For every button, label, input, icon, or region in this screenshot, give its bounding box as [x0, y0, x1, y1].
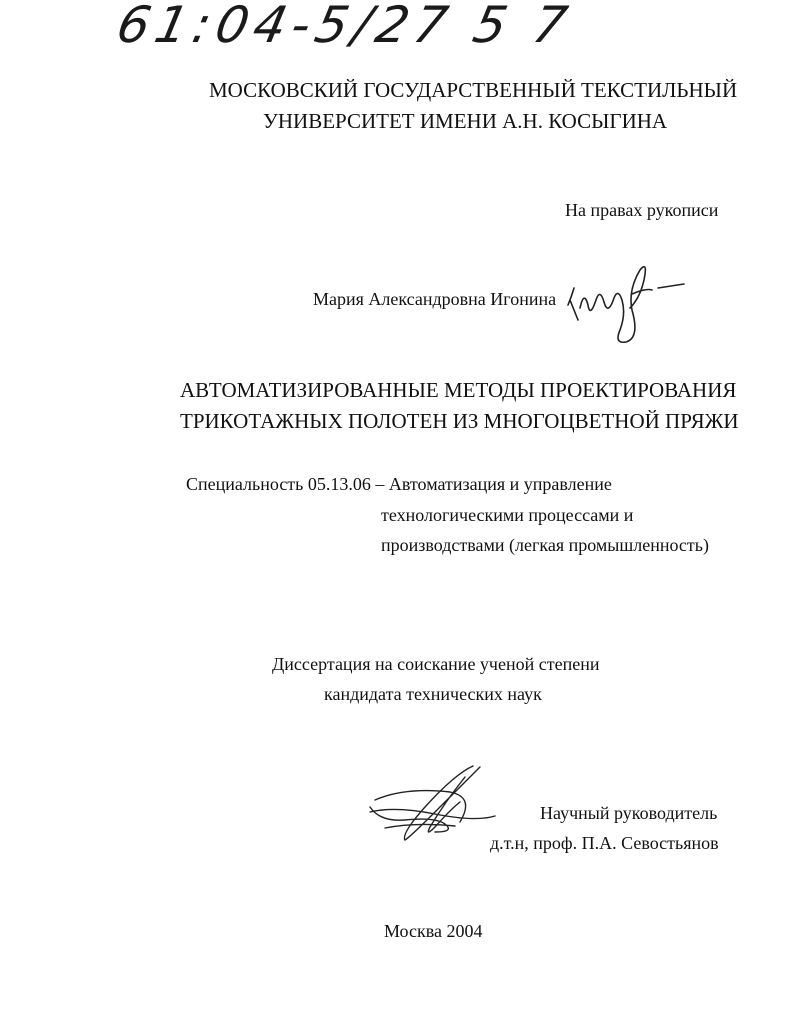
- university-name-line1: МОСКОВСКИЙ ГОСУДАРСТВЕННЫЙ ТЕКСТИЛЬНЫЙ: [209, 78, 737, 103]
- degree-line1: Диссертация на соискание ученой степени: [272, 654, 599, 675]
- dissertation-title-line1: АВТОМАТИЗИРОВАННЫЕ МЕТОДЫ ПРОЕКТИРОВАНИЯ: [180, 378, 736, 403]
- dissertation-title-line2: ТРИКОТАЖНЫХ ПОЛОТЕН ИЗ МНОГОЦВЕТНОЙ ПРЯЖ…: [180, 409, 739, 434]
- specialty-line3: производствами (легкая промышленность): [381, 535, 709, 556]
- supervisor-name: д.т.н, проф. П.А. Севостьянов: [490, 833, 719, 854]
- supervisor-signature-icon: [365, 762, 505, 847]
- manuscript-note: На правах рукописи: [565, 200, 718, 221]
- author-name: Мария Александровна Игонина: [313, 289, 556, 310]
- specialty-line2: технологическими процессами и: [381, 505, 633, 526]
- place-and-year: Москва 2004: [384, 921, 483, 942]
- specialty-line1: Специальность 05.13.06 – Автоматизация и…: [186, 474, 612, 495]
- handwritten-archive-code: 61:04-5/27 5 7: [112, 0, 578, 54]
- author-signature-icon: [560, 260, 690, 350]
- supervisor-role: Научный руководитель: [540, 803, 717, 824]
- degree-line2: кандидата технических наук: [324, 684, 542, 705]
- university-name-line2: УНИВЕРСИТЕТ ИМЕНИ А.Н. КОСЫГИНА: [263, 109, 667, 134]
